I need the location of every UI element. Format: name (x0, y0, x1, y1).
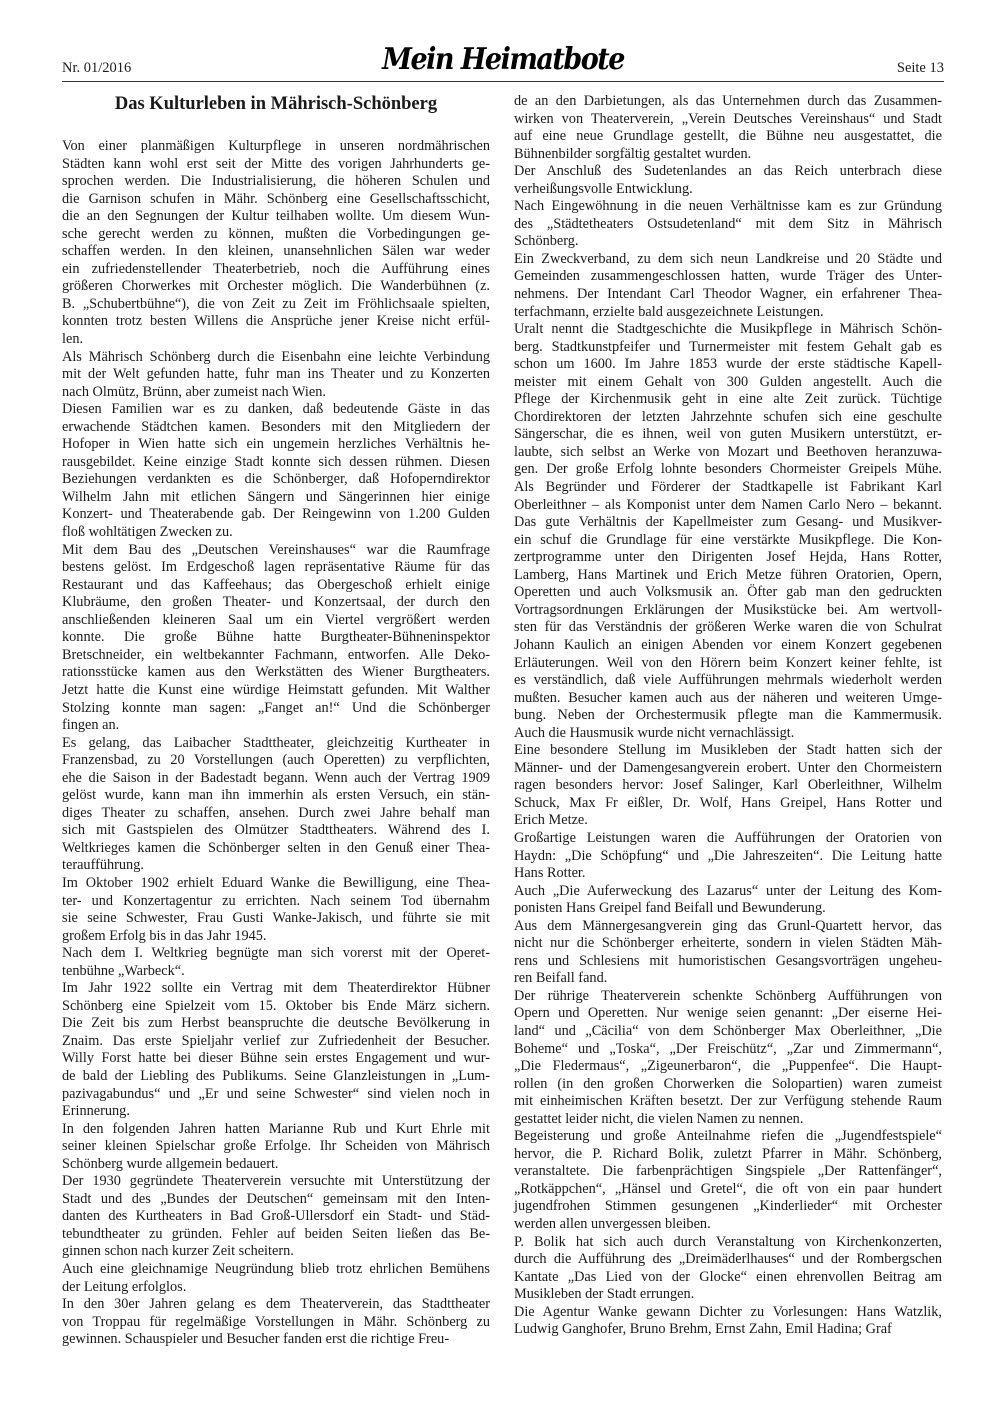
text-line: ehe die Saison in der Badestadt begann. … (62, 770, 490, 788)
text-line: Begeisterung und große Anteilnahme riefe… (514, 1128, 942, 1146)
paragraph: Von einer planmäßigen Kulturpflege in un… (62, 138, 490, 349)
text-line: Franzensbad, zu 20 Vorstellungen (auch O… (62, 752, 490, 770)
text-line: ragen besonders hervor: Josef Salinger, … (514, 777, 942, 795)
text-line: konnte. Die große Bühne hatte Burgtheate… (62, 629, 490, 647)
text-line: mit einheimischen Kräften besetzt. Der z… (514, 1093, 942, 1111)
text-line: Mit dem Bau des „Deutschen Vereinshauses… (62, 542, 490, 560)
text-line: auf eine neue Grundlage gestellt, die Bü… (514, 128, 942, 146)
text-line: Bühnenbilder sorgfältig gestaltet wurden… (514, 146, 942, 164)
paragraph: P. Bolik hat sich auch durch Veranstaltu… (514, 1234, 942, 1304)
text-line: B. „Schubertbühne“), die von Zeit zu Zei… (62, 296, 490, 314)
paragraph: Ein Zweckverband, zu dem sich neun Landk… (514, 251, 942, 321)
text-line: Oberleithner – als Komponist unter dem N… (514, 497, 942, 515)
paragraph: de an den Darbietungen, als das Unterneh… (514, 93, 942, 163)
text-line: terfachmann, erzielte bald ausgezeichnet… (514, 304, 942, 322)
text-line: werden allen unvergessen bleiben. (514, 1216, 942, 1234)
text-line: Nach Eingewöhnung in die neuen Verhältni… (514, 198, 942, 216)
text-line: Chordirektoren der letzten Jahrzehnte sc… (514, 409, 942, 427)
text-line: jugendfrohen Stimmen gesungenen „Kinderl… (514, 1198, 942, 1216)
text-line: danten des Kurtheaters in Bad Groß-Uller… (62, 1208, 490, 1226)
text-line: land“ und „Cäcilia“ von dem Schönberger … (514, 1023, 942, 1041)
text-line: der Leitung erfolglos. (62, 1279, 490, 1297)
text-line: Beziehungen verdankten es die Schönberge… (62, 471, 490, 489)
text-line: anschließenden kleineren Saal um ein Vie… (62, 612, 490, 630)
text-line: ginnen schon nach kurzer Zeit scheitern. (62, 1243, 490, 1261)
text-line: In den 30er Jahren gelang es dem Theater… (62, 1296, 490, 1314)
text-line: Als Begründer und Förderer der Stadtkape… (514, 479, 942, 497)
text-line: Im Oktober 1902 erhielt Eduard Wanke die… (62, 875, 490, 893)
text-line: Stolzing konnte man sagen: „Fanget an!“ … (62, 700, 490, 718)
text-line: Auch „Die Auferweckung des Lazarus“ unte… (514, 883, 942, 901)
text-line: größeren Chorwerkes mit Orchester möglic… (62, 278, 490, 296)
paragraph: Im Jahr 1922 sollte ein Vertrag mit dem … (62, 980, 490, 1120)
right-column: de an den Darbietungen, als das Unterneh… (514, 93, 942, 1339)
text-line: Lamberg, Hans Martinek und Erich Metze f… (514, 567, 942, 585)
paragraph: Großartige Leistungen waren die Aufführu… (514, 830, 942, 883)
text-line: meister mit einem Gehalt von 300 Gulden … (514, 374, 942, 392)
text-line: Operetten und auch Volksmusik an. Öfter … (514, 584, 942, 602)
paragraph: Uralt nennt die Stadtgeschichte die Musi… (514, 321, 942, 742)
text-line: In den folgenden Jahren hatten Marianne … (62, 1121, 490, 1139)
text-line: Männer- und der Damengesangverein erober… (514, 760, 942, 778)
text-line: Der Anschluß des Sudetenlandes an das Re… (514, 163, 942, 181)
text-line: konnten trotz besten Willens die Ansprüc… (62, 313, 490, 331)
text-line: Erinnerung. (62, 1103, 490, 1121)
paragraph: Der 1930 gegründete Theaterverein versuc… (62, 1173, 490, 1261)
text-line: bestens gelöst. Im Erdgeschoß lagen repr… (62, 559, 490, 577)
text-line: pazivagabundus“ und „Er und seine Schwes… (62, 1086, 490, 1104)
text-line: fingen an. (62, 717, 490, 735)
text-line: len. (62, 331, 490, 349)
text-line: Opern und Operetten. Nur wenige seien ge… (514, 1005, 942, 1023)
text-line: Auch die Hausmusik wurde nicht vernachlä… (514, 725, 942, 743)
text-line: Pflege der Kirchenmusik geht in eine alt… (514, 391, 942, 409)
text-line: nehmens. Der Intendant Carl Theodor Wagn… (514, 286, 942, 304)
text-line: Vortragsordnungen Erklärungen der Musiks… (514, 602, 942, 620)
paragraph: Die Agentur Wanke gewann Dichter zu Vorl… (514, 1304, 942, 1339)
text-line: Großartige Leistungen waren die Aufführu… (514, 830, 942, 848)
text-line: sprochen werden. Die Industrialisierung,… (62, 173, 490, 191)
text-line: verheißungsvolle Entwicklung. (514, 181, 942, 199)
text-line: teraufführung. (62, 857, 490, 875)
paragraph: Im Oktober 1902 erhielt Eduard Wanke die… (62, 875, 490, 945)
text-line: Ludwig Ganghofer, Bruno Brehm, Ernst Zah… (514, 1321, 942, 1339)
text-line: Haydn: „Die Schöpfung“ und „Die Jahresze… (514, 848, 942, 866)
paragraph: In den folgenden Jahren hatten Marianne … (62, 1121, 490, 1174)
page-number: Seite 13 (897, 60, 944, 77)
text-line: „Die Fledermaus“, „Zigeunerbaron“, die „… (514, 1058, 942, 1076)
text-line: Schönberg. (514, 233, 942, 251)
text-line: gen. Der große Erfolg lohnte besonders C… (514, 461, 942, 479)
text-line: veranstaltete. Die farbenprächtigen Sing… (514, 1163, 942, 1181)
text-line: Ein Zweckverband, zu dem sich neun Landk… (514, 251, 942, 269)
header-divider (62, 81, 944, 82)
text-line: diges Theater zu schaffen, ansehen. Durc… (62, 805, 490, 823)
page-header: Nr. 01/2016 Mein Heimatbote Seite 13 (62, 44, 944, 82)
left-column-body: Von einer planmäßigen Kulturpflege in un… (62, 138, 490, 1349)
text-line: rausgebildet. Keine einzige Stadt konnte… (62, 454, 490, 472)
text-line: von Troppau für regelmäßige Vorstellunge… (62, 1314, 490, 1332)
paragraph: Aus dem Männergesangverein ging das Grun… (514, 918, 942, 988)
text-line: berg. Stadtkunstpfeifer und Turnermeiste… (514, 339, 942, 357)
text-line: gestattet leider nicht, die vielen Namen… (514, 1111, 942, 1129)
text-line: de an den Darbietungen, als das Unterneh… (514, 93, 942, 111)
text-line: Jetzt hatte die Kunst eine würdige Heims… (62, 682, 490, 700)
text-line: Als Mährisch Schönberg durch die Eisenba… (62, 349, 490, 367)
issue-number: Nr. 01/2016 (62, 60, 131, 77)
text-line: die an den Segnungen der Kultur teilhabe… (62, 208, 490, 226)
text-line: Auch eine gleichnamige Neugründung blieb… (62, 1261, 490, 1279)
text-line: Es gelang, das Laibacher Stadttheater, g… (62, 735, 490, 753)
text-line: rationsstücke kamen aus den Werkstätten … (62, 664, 490, 682)
text-line: Willy Forst hatte bei dieser Bühne sein … (62, 1050, 490, 1068)
text-line: nach Olmütz, Brünn, aber zumeist nach Wi… (62, 384, 490, 402)
text-line: Gemeinden zusammengeschlossen hatten, wu… (514, 268, 942, 286)
text-line: durch die Aufführung des „Dreimäderlhaus… (514, 1251, 942, 1269)
text-line: Nach dem I. Weltkrieg begnügte man sich … (62, 945, 490, 963)
text-line: Aus dem Männergesangverein ging das Grun… (514, 918, 942, 936)
text-line: ter- und Konzertagentur zu errichten. Na… (62, 893, 490, 911)
text-line: Schönberg eine Spielzeit vom 15. Oktober… (62, 998, 490, 1016)
text-line: Die Zeit bis zum Herbst beanspruchte die… (62, 1015, 490, 1033)
text-line: Znaim. Das erste Spieljahr verlief zur Z… (62, 1033, 490, 1051)
text-line: de bald der Liebling des Publikums. Sein… (62, 1068, 490, 1086)
paragraph: Nach dem I. Weltkrieg begnügte man sich … (62, 945, 490, 980)
text-line: tenbühne „Warbeck“. (62, 963, 490, 981)
text-line: hervor, die P. Richard Bolik, zuletzt Pf… (514, 1146, 942, 1164)
text-line: Städten kann wohl erst seit der Mitte de… (62, 156, 490, 174)
text-line: sten für das Verständnis der größeren We… (514, 619, 942, 637)
text-line: wirken von Theaterverein, „Verein Deutsc… (514, 111, 942, 129)
text-line: gelöst wurde, kann man ihn immerhin als … (62, 787, 490, 805)
paragraph: Der Anschluß des Sudetenlandes an das Re… (514, 163, 942, 198)
text-line: Stadt und des „Bundes der Deutschen“ gem… (62, 1191, 490, 1209)
text-line: Johann Kaulich an einigen Abenden vor ei… (514, 637, 942, 655)
text-line: schon um 1600. Im Jahre 1853 wurde der e… (514, 356, 942, 374)
text-line: nicht nur die Schönberger erheiterte, so… (514, 935, 942, 953)
right-column-body: de an den Darbietungen, als das Unterneh… (514, 93, 942, 1339)
text-line: Erich Metze. (514, 812, 942, 830)
article-title: Das Kulturleben in Mährisch-Schönberg (62, 93, 490, 115)
text-line: Bretschneider, ein weltbekannter Fachman… (62, 647, 490, 665)
text-line: mit der Welt gefunden hatte, fuhr man in… (62, 366, 490, 384)
text-line: zertprogramme unter den Dirigenten Josef… (514, 549, 942, 567)
text-line: Hofoper in Wien hatte sich ein ungemein … (62, 436, 490, 454)
text-line: Kantate „Das Lied von der Glocke“ einen … (514, 1269, 942, 1287)
text-line: ein schuf die Grundlage für eine verstär… (514, 532, 942, 550)
paragraph: Auch „Die Auferweckung des Lazarus“ unte… (514, 883, 942, 918)
text-line: Restaurant und das Kaffeehaus; das Oberg… (62, 577, 490, 595)
text-line: tebundtheater zu gründen. Fehler auf bei… (62, 1226, 490, 1244)
text-line: Im Jahr 1922 sollte ein Vertrag mit dem … (62, 980, 490, 998)
text-line: P. Bolik hat sich auch durch Veranstaltu… (514, 1234, 942, 1252)
text-line: ren Beifall fand. (514, 970, 942, 988)
text-line: Sängerschar, die es ihnen, weil von gute… (514, 426, 942, 444)
text-line: Klubräume, den großen Theater- und Konze… (62, 594, 490, 612)
text-line: Hans Rotter. (514, 865, 942, 883)
text-line: seiner kleinen Spielschar große Erfolge.… (62, 1138, 490, 1156)
paragraph: Eine besondere Stellung im Musikleben de… (514, 742, 942, 830)
paragraph: Es gelang, das Laibacher Stadttheater, g… (62, 735, 490, 875)
text-line: Schuck, Max Fr eißler, Dr. Wolf, Hans Gr… (514, 795, 942, 813)
text-line: Erläuterungen. Weil von den Hörern beim … (514, 655, 942, 673)
text-line: sche gerecht werden zu können, mußten di… (62, 226, 490, 244)
text-line: Weltkrieges kamen die Schönberger selten… (62, 840, 490, 858)
text-line: floß wohltätigen Zwecken zu. (62, 524, 490, 542)
text-line: Der 1930 gegründete Theaterverein versuc… (62, 1173, 490, 1191)
text-line: Die Agentur Wanke gewann Dichter zu Vorl… (514, 1304, 942, 1322)
masthead-logo: Mein Heimatbote (382, 42, 624, 76)
text-line: erwachende Städtchen kamen. Besonders mi… (62, 419, 490, 437)
text-line: Schönberg wurde allgemein bedauert. (62, 1156, 490, 1174)
text-line: Diesen Familien war es zu danken, daß be… (62, 401, 490, 419)
text-line: Das gute Verhältnis der Kapellmeister zu… (514, 514, 942, 532)
text-line: sich mit Gastspielen des Olmützer Stadtt… (62, 822, 490, 840)
paragraph: Begeisterung und große Anteilnahme riefe… (514, 1128, 942, 1233)
paragraph: Nach Eingewöhnung in die neuen Verhältni… (514, 198, 942, 251)
paragraph: Der rührige Theaterverein schenkte Schön… (514, 988, 942, 1128)
text-line: rollen (in den großen Chorwerken die Sol… (514, 1076, 942, 1094)
paragraph: Als Mährisch Schönberg durch die Eisenba… (62, 349, 490, 402)
paragraph: In den 30er Jahren gelang es dem Theater… (62, 1296, 490, 1349)
text-line: schaffen werden. In den kleinen, unanseh… (62, 243, 490, 261)
text-line: Eine besondere Stellung im Musikleben de… (514, 742, 942, 760)
text-line: gewinnen. Schauspieler und Besucher fand… (62, 1331, 490, 1349)
text-line: sie seine Schwester, Frau Gusti Wanke-Ja… (62, 910, 490, 928)
text-line: Der rührige Theaterverein schenkte Schön… (514, 988, 942, 1006)
text-line: Uralt nennt die Stadtgeschichte die Musi… (514, 321, 942, 339)
left-column: Das Kulturleben in Mährisch-Schönberg Vo… (62, 93, 490, 1349)
text-line: „Rotkäppchen“, „Hänsel und Gretel“, die … (514, 1181, 942, 1199)
text-line: rens und Schlesiens mit humoristischen G… (514, 953, 942, 971)
text-line: laubte, sich selbst an Werke von Mozart … (514, 444, 942, 462)
text-line: Musikleben der Stadt errungen. (514, 1286, 942, 1304)
text-line: Wilhelm Jahn mit etlichen Sängern und Sä… (62, 489, 490, 507)
text-line: es verständlich, daß viele Aufführungen … (514, 672, 942, 690)
text-line: Konzert- und Theaterabende gab. Der Rein… (62, 506, 490, 524)
text-line: des „Städtetheaters Ostsudetenland“ mit … (514, 216, 942, 234)
text-line: Von einer planmäßigen Kulturpflege in un… (62, 138, 490, 156)
text-line: mußten. Besucher kamen auch aus der nähe… (514, 690, 942, 708)
text-line: großem Erfolg bis in das Jahr 1945. (62, 928, 490, 946)
text-line: Boheme“ und „Toska“, „Der Freischütz“, „… (514, 1041, 942, 1059)
paragraph: Diesen Familien war es zu danken, daß be… (62, 401, 490, 541)
text-line: ein zufriedenstellender Theaterbetrieb, … (62, 261, 490, 279)
text-line: bung. Neben der Orchestermusik pflegte m… (514, 707, 942, 725)
text-line: die Garnison schufen in Mähr. Schönberg … (62, 191, 490, 209)
text-line: ponisten Hans Greipel fand Beifall und B… (514, 900, 942, 918)
paragraph: Auch eine gleichnamige Neugründung blieb… (62, 1261, 490, 1296)
paragraph: Mit dem Bau des „Deutschen Vereinshauses… (62, 542, 490, 735)
